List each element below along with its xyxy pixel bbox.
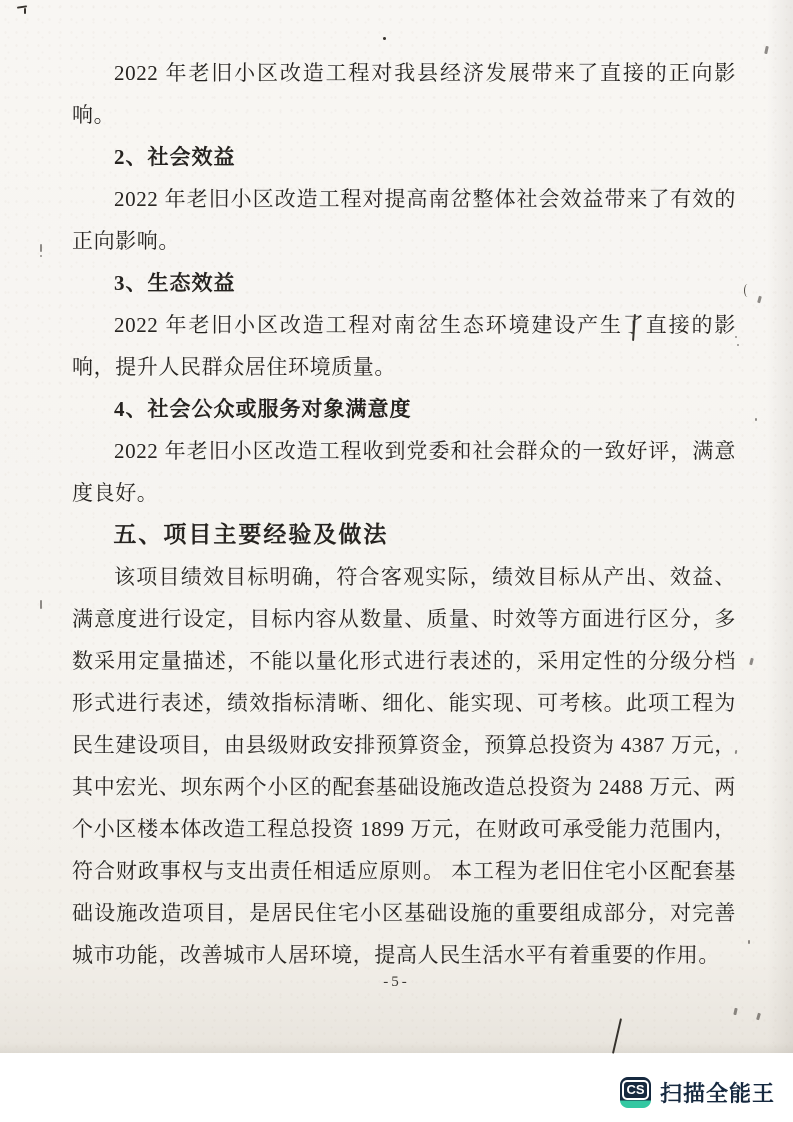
scan-artifact [756,1013,761,1021]
scan-artifact [749,658,754,666]
cs-logo-letters: CS [622,1080,648,1100]
scan-artifact [383,37,386,40]
scan-artifact [748,940,750,944]
scan-artifact [737,344,739,346]
camscanner-logo-icon: CS [620,1077,651,1108]
scan-artifact [733,1008,737,1015]
scan-artifact [755,418,757,421]
paragraph-satisfaction: 2022 年老旧小区改造工程收到党委和社会群众的一致好评，满意度良好。 [72,430,736,514]
scan-artifact [612,1018,622,1054]
scan-artifact [764,46,769,54]
paragraph-economic-benefit: 2022 年老旧小区改造工程对我县经济发展带来了直接的正向影响。 [72,52,736,136]
scan-artifact [735,336,737,338]
scanned-paper: 2022 年老旧小区改造工程对我县经济发展带来了直接的正向影响。 2、社会效益 … [0,0,793,1053]
scan-artifact [24,8,26,14]
camscanner-watermark: CS 扫描全能王 [620,1076,775,1108]
camscanner-app-name: 扫描全能王 [660,1077,775,1108]
heading-social-benefit: 2、社会效益 [72,136,736,178]
page-number: -5- [0,974,793,991]
heading-satisfaction: 4、社会公众或服务对象满意度 [72,388,736,430]
document-text-block: 2022 年老旧小区改造工程对我县经济发展带来了直接的正向影响。 2、社会效益 … [72,52,736,976]
scan-artifact [735,750,738,754]
heading-ecological-benefit: 3、生态效益 [72,262,736,304]
scan-artifact [40,244,42,252]
scan-artifact [40,255,42,257]
paragraph-social-benefit: 2022 年老旧小区改造工程对提高南岔整体社会效益带来了有效的正向影响。 [72,178,736,262]
paragraph-ecological-benefit: 2022 年老旧小区改造工程对南岔生态环境建设产生了直接的影响，提升人民群众居住… [72,304,736,388]
scan-artifact [40,600,42,609]
heading-section-five-experience: 五、项目主要经验及做法 [72,514,736,556]
paragraph-experience-practices: 该项目绩效目标明确，符合客观实际，绩效目标从产出、效益、满意度进行设定，目标内容… [72,556,736,976]
scan-artifact [744,284,751,297]
scan-artifact [757,296,762,304]
